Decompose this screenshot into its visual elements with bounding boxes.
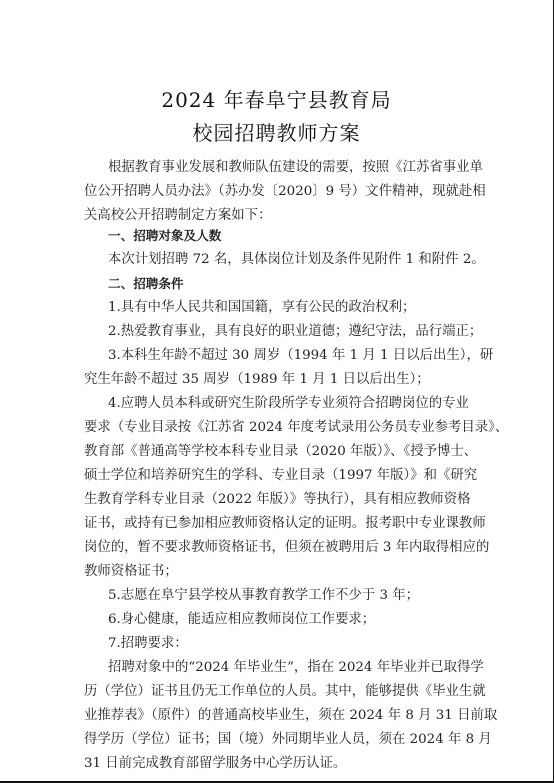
document-title-line-2: 校园招聘教师方案 (0, 117, 553, 146)
section-heading: 二、招聘条件 (108, 276, 184, 292)
paragraph-line: 31 日前完成教育部留学服务中心学历认证。 (84, 756, 346, 772)
section-heading: 一、招聘对象及人数 (108, 228, 221, 244)
document-page: 2024 年春阜宁县教育局 校园招聘教师方案 根据教育事业发展和教师队伍建设的需… (0, 0, 554, 783)
paragraph-line: 历（学位）证书且仍无工作单位的人员。其中，能够提供《毕业生就 (84, 684, 486, 700)
paragraph-line: 本次计划招聘 72 名，具体岗位计划及条件见附件 1 和附件 2。 (108, 252, 485, 268)
paragraph-line: 4.应聘人员本科或研究生阶段所学专业须符合招聘岗位的专业 (108, 396, 469, 412)
paragraph-line: 7.招聘要求： (108, 636, 188, 652)
paragraph-line: 2.热爱教育事业，具有良好的职业道德；遵纪守法，品行端正； (108, 324, 482, 340)
paragraph-line: 5.志愿在阜宁县学校从事教育教学工作不少于 3 年； (108, 588, 419, 604)
paragraph-line: 教育部《普通高等学校本科专业目录（2020 年版）》、《授予博士、 (84, 444, 477, 460)
paragraph-line: 关高校公开招聘制定方案如下： (84, 208, 271, 224)
paragraph-line: 证书，或持有已参加相应教师资格认定的证明。报考职中专业课教师 (84, 516, 486, 532)
paragraph-line: 硕士学位和培养研究生的学科、专业目录（1997 年版）》和《研究 (84, 468, 477, 484)
paragraph-line: 得学历（学位）证书；国（境）外同期毕业人员，须在 2024 年 8 月 (84, 732, 492, 748)
paragraph-line: 业推荐表》（原件）的普通高校毕业生，须在 2024 年 8 月 31 日前取 (84, 708, 497, 724)
paragraph-line: 究生年龄不超过 35 周岁（1989 年 1 月 1 日以后出生）； (84, 372, 430, 388)
paragraph-line: 教师资格证书； (84, 564, 178, 580)
paragraph-line: 根据教育事业发展和教师队伍建设的需要，按照《江苏省事业单 (108, 160, 483, 176)
paragraph-line: 3.本科生年龄不超过 30 周岁（1994 年 1 月 1 日以后出生），研 (108, 348, 493, 364)
paragraph-line: 1.具有中华人民共和国国籍，享有公民的政治权利； (108, 300, 415, 316)
paragraph-line: 招聘对象中的“2024 年毕业生”，指在 2024 年毕业并已取得学 (108, 660, 484, 676)
paragraph-line: 生教育学科专业目录（2022 年版）》等执行），具有相应教师资格 (84, 492, 470, 508)
paragraph-line: 岗位的，暂不要求教师资格证书，但须在被聘用后 3 年内取得相应的 (84, 540, 489, 556)
paragraph-line: 位公开招聘人员办法》（苏办发〔2020〕9 号）文件精神，现就赴相 (84, 184, 486, 200)
paragraph-line: 6.身心健康，能适应相应教师岗位工作要求； (108, 612, 375, 628)
paragraph-line: 要求（专业目录按《江苏省 2024 年度考试录用公务员专业参考目录》、 (84, 420, 508, 436)
document-title-line-1: 2024 年春阜宁县教育局 (0, 84, 553, 113)
